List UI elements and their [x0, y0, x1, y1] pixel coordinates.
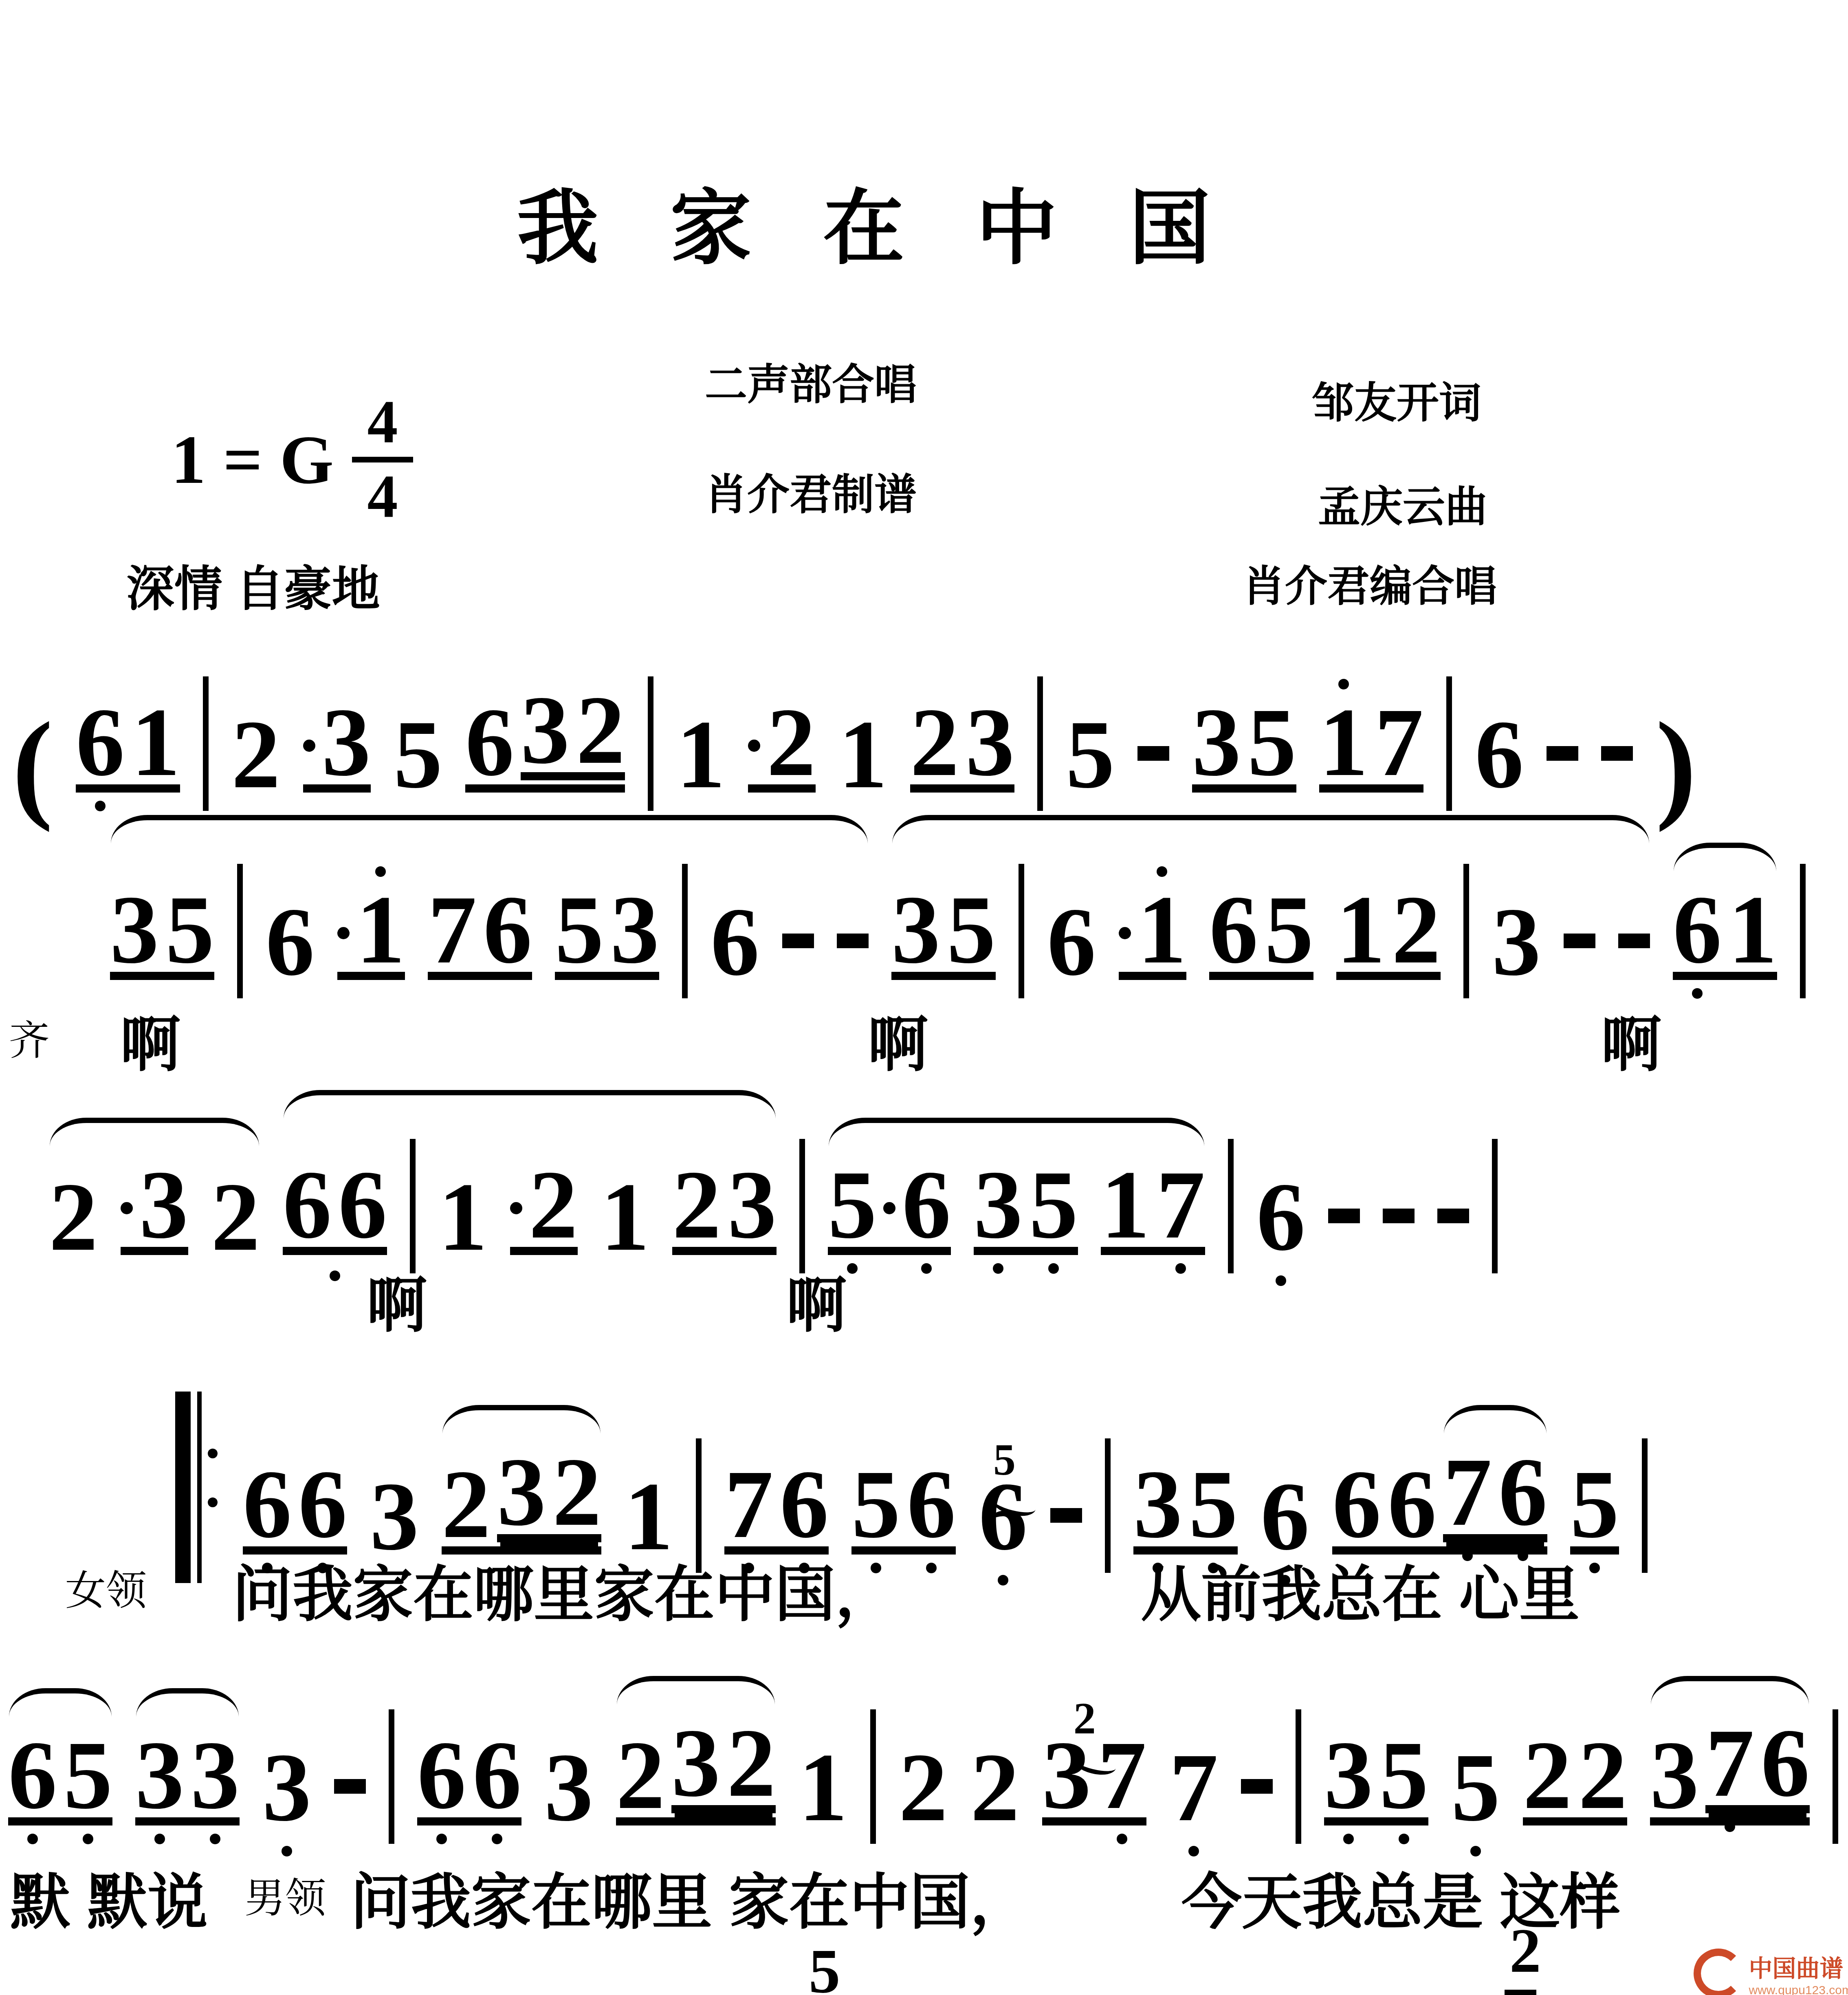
note-digit: 6: [1475, 716, 1524, 793]
beamed-note-group: 5: [1570, 1466, 1619, 1555]
beamed-note-group: 632: [465, 692, 625, 793]
note-digit: 1: [1336, 892, 1385, 968]
fragment-digit: 2: [1509, 1916, 1541, 1986]
arrangement-type: 二声部合唱: [705, 350, 917, 412]
lyric-row-vocalise-2: 啊啊: [0, 1257, 1848, 1347]
barline: [389, 1709, 394, 1844]
note-digit: 5: [555, 892, 604, 968]
note-digit: 5: [1379, 1737, 1428, 1813]
note-digit: 2: [727, 1725, 776, 1801]
note-digit: 6: [76, 704, 125, 780]
note-digit: 6: [266, 904, 315, 980]
note-digit: 1: [1101, 1167, 1150, 1243]
grace-note: 5: [993, 1393, 1038, 1513]
note-digit: 6: [283, 1167, 332, 1243]
note-digit: 6: [483, 892, 532, 968]
beamed-note-group: 17: [1101, 1167, 1205, 1255]
next-system-fragment-right: 2: [1509, 1925, 1541, 1995]
barline: [1492, 1139, 1498, 1273]
note-digit: 1: [438, 1179, 487, 1255]
lyric-text: 啊: [1601, 996, 1661, 1083]
note-digit: 2: [910, 704, 959, 780]
note-digit: 1: [624, 1478, 673, 1555]
duration-dash: [1137, 746, 1169, 761]
lyric-text: 啊: [120, 996, 180, 1083]
note-digit: 6: [298, 1466, 347, 1542]
fragment-underline: [1505, 1990, 1536, 1995]
parenthesis: (: [12, 727, 53, 803]
note-digit: 3: [262, 1749, 311, 1825]
note-digit: 3: [966, 704, 1014, 780]
music-system-verse-male: 65333663232122372735522376: [8, 1709, 1838, 1825]
note-digit: 3: [974, 1167, 1023, 1243]
duration-dash: [1547, 746, 1578, 761]
beamed-note-group: 3: [121, 1167, 188, 1255]
note-digit: 6: [1332, 1466, 1381, 1542]
lyric-text: 啊: [367, 1257, 427, 1343]
barline: [1463, 864, 1469, 998]
note-digit: 3: [610, 892, 659, 968]
duration-dash: [1437, 1209, 1469, 1223]
parenthesis: ): [1656, 727, 1696, 803]
barline: [1800, 864, 1806, 998]
note-digit: 7: [1705, 1725, 1754, 1801]
beamed-note-group: 56: [851, 1466, 956, 1555]
beamed-note-group: 61: [1673, 892, 1777, 980]
note-digit: 6: [417, 1737, 466, 1813]
fraction-bar: [352, 457, 413, 462]
barline: [1037, 676, 1043, 811]
barline: [799, 1139, 805, 1273]
barline: [1446, 676, 1452, 811]
music-system-verse-female: 663232176566535666765: [175, 1392, 1648, 1555]
lyric-row-verse-female: 女领问我家在哪里家在中国，从前我总在 心里: [0, 1546, 1848, 1636]
augmentation-dot: [748, 740, 760, 752]
note-digit: 6: [1209, 892, 1258, 968]
beamed-note-group: 76: [724, 1466, 829, 1555]
beamed-note-group: 2: [510, 1167, 578, 1255]
barline: [1228, 1139, 1234, 1273]
music-system-intro: (6123563212123535176): [12, 676, 1696, 793]
beamed-note-group: 76: [1443, 1454, 1547, 1542]
duration-dash: [782, 934, 814, 948]
note-digit: 1: [676, 716, 725, 793]
note-digit: 6: [711, 904, 759, 980]
note-digit: 5: [165, 892, 214, 968]
note-digit: 5: [947, 892, 996, 968]
lyric-text: 啊: [868, 996, 928, 1083]
note-digit: 2: [211, 1179, 260, 1255]
barline: [237, 864, 243, 998]
augmentation-dot: [510, 1202, 522, 1214]
note-digit: 5: [64, 1737, 112, 1813]
note-digit: 3: [1324, 1737, 1373, 1813]
key-label: 1 = G: [171, 420, 334, 500]
lyric-text: 从前我总在 心里: [1141, 1546, 1580, 1633]
note-digit: 1: [799, 1749, 847, 1825]
note-digit: 65: [979, 1478, 1027, 1555]
note-digit: 2: [442, 1466, 491, 1542]
slur-group: 356176536: [110, 864, 869, 980]
beamed-note-group: 33: [135, 1737, 240, 1825]
duration-dash: [837, 934, 869, 948]
note-digit: 2: [49, 1179, 98, 1255]
note-digit: 2: [529, 1167, 578, 1243]
next-system-fragment-left: 5: [809, 1946, 840, 1995]
augmentation-dot: [337, 927, 350, 939]
duration-dash: [1618, 934, 1650, 948]
duration-dash: [1328, 1209, 1360, 1223]
barline: [1019, 864, 1024, 998]
note-digit: 7: [1375, 704, 1423, 780]
note-digit: 2: [767, 704, 816, 780]
duration-dash: [1383, 1209, 1415, 1223]
voice-part-label: 男领: [244, 1865, 326, 1924]
lyric-text: 默 默说: [10, 1854, 208, 1940]
watermark-site-name: 中国曲谱: [1749, 1949, 1848, 1984]
beamed-note-group: 35: [110, 892, 214, 980]
note-digit: 3: [1133, 1466, 1182, 1542]
beamed-note-group: 53: [555, 892, 659, 980]
beamed-note-group: 32: [671, 1725, 776, 1813]
note-digit: 5: [851, 1466, 900, 1542]
beamed-note-group: 35: [891, 892, 996, 980]
time-signature: 4 4: [352, 391, 413, 528]
note-digit: 6: [1256, 1179, 1305, 1255]
voice-part-label: 齐: [9, 1008, 50, 1066]
grace-note: 2: [1074, 1651, 1118, 1772]
note-digit: 3: [110, 892, 159, 968]
note-digit: 2: [616, 1737, 665, 1813]
chorus-arranger-credit: 肖介君编合唱: [1243, 552, 1497, 613]
note-digit: 3: [497, 1454, 546, 1530]
note-digit: 3: [728, 1167, 777, 1243]
note-digit: 3: [191, 1737, 240, 1813]
beamed-note-group: 66: [283, 1167, 387, 1255]
note-digit: 6: [243, 1466, 292, 1542]
note-digit: 5: [394, 716, 442, 793]
lyricist-credit: 邹友开词: [1312, 369, 1481, 430]
note-digit: 3: [544, 1749, 593, 1825]
meter-numerator: 4: [367, 391, 398, 454]
note-digit: 7: [724, 1466, 773, 1542]
note-digit: 3: [322, 704, 371, 780]
note-digit: 1: [601, 1179, 649, 1255]
beamed-note-group: 66: [417, 1737, 521, 1825]
barline: [410, 1139, 416, 1273]
note-digit: 6: [1498, 1454, 1547, 1530]
duration-dash: [1241, 1779, 1273, 1794]
note-digit: 3: [891, 892, 940, 968]
lyric-text: 问我家在哪里 家在中国，: [350, 1854, 1030, 1940]
note-digit: 5: [1265, 892, 1313, 968]
note-digit: 5: [828, 1167, 877, 1243]
note-digit: 6: [8, 1737, 57, 1813]
slur-group: 356165123: [891, 864, 1650, 980]
song-title: 我 家 在 中 国: [0, 163, 1752, 280]
lyric-text: 今天我总是 这样: [1181, 1854, 1620, 1940]
note-digit: 2: [1578, 1737, 1627, 1813]
slur-group: 563517: [828, 1167, 1205, 1255]
beamed-note-group: 35: [1133, 1466, 1238, 1555]
note-digit: 2: [1523, 1737, 1572, 1813]
beamed-note-group: 22: [1523, 1737, 1627, 1825]
beamed-note-group: 17: [1319, 704, 1423, 793]
barline: [648, 676, 653, 811]
note-digit: 3: [135, 1737, 184, 1813]
note-digit: 3: [671, 1725, 720, 1801]
beamed-note-group: 76: [428, 892, 532, 980]
beamed-note-group: 61: [76, 704, 180, 793]
augmentation-dot: [883, 1202, 895, 1214]
beamed-note-group: 372: [1042, 1737, 1146, 1825]
duration-dash: [1564, 934, 1595, 948]
note-digit: 3: [139, 1167, 188, 1243]
note-digit: 6: [1047, 904, 1096, 980]
lyric-row-vocalise-1: 齐啊啊啊: [0, 996, 1848, 1086]
beamed-note-group: 35: [1324, 1737, 1428, 1825]
note-digit: 7: [428, 892, 477, 968]
beamed-note-group: 1: [337, 892, 405, 980]
note-digit: 5: [1066, 716, 1115, 793]
watermark-logo-icon: [1694, 1949, 1743, 1995]
note-digit: 2: [899, 1749, 948, 1825]
note-digit: 1: [1319, 704, 1368, 780]
repeat-dots: [208, 1449, 218, 1458]
barline: [1833, 1709, 1838, 1844]
note-digit: 1: [131, 704, 180, 780]
beamed-note-group: 32: [521, 692, 625, 780]
note-digit: 7: [1169, 1749, 1218, 1825]
beamed-note-group: 232: [616, 1725, 776, 1825]
note-digit: 3: [370, 1478, 419, 1555]
barline: [682, 864, 688, 998]
lyric-row-verse-male: 默 默说男领问我家在哪里 家在中国，今天我总是 这样: [0, 1854, 1848, 1944]
note-digit: 2: [231, 716, 280, 793]
note-digit: 6: [465, 704, 514, 780]
note-digit: 5: [1570, 1466, 1619, 1542]
music-system-vocalise-1: 35617653635616512361: [110, 864, 1806, 980]
beamed-note-group: 6676: [1332, 1454, 1547, 1555]
beamed-note-group: 32: [497, 1454, 601, 1542]
beamed-note-group: 232: [442, 1454, 601, 1555]
barline: [1296, 1709, 1301, 1844]
beamed-note-group: 65: [1209, 892, 1313, 980]
beamed-note-group: 23: [672, 1167, 777, 1255]
beamed-note-group: 35: [974, 1167, 1078, 1255]
duration-dash: [1601, 746, 1633, 761]
note-digit: 3: [521, 692, 570, 768]
beamed-note-group: 12: [1336, 892, 1441, 980]
composer-credit: 孟庆云曲: [1318, 473, 1487, 534]
beamed-note-group: 3: [303, 704, 371, 793]
note-digit: 3: [1650, 1737, 1699, 1813]
beamed-note-group: 66: [243, 1466, 347, 1555]
note-digit: 3: [1492, 904, 1541, 980]
barline: [870, 1709, 876, 1844]
note-digit: 6: [1388, 1466, 1437, 1542]
beamed-note-group: 1: [1119, 892, 1186, 980]
beamed-note-group: 76: [1705, 1725, 1810, 1813]
note-digit: 2: [576, 692, 625, 768]
lyric-text: 问我家在哪里家在中国，: [232, 1546, 895, 1633]
note-digit: 6: [338, 1167, 387, 1243]
music-system-vocalise-2: 23266121235635176: [49, 1139, 1498, 1255]
note-digit: 2: [970, 1749, 1019, 1825]
note-digit: 5: [1189, 1466, 1238, 1542]
note-digit: 6: [1261, 1478, 1309, 1555]
note-digit: 3: [1192, 704, 1241, 780]
watermark-text: 中国曲谱 www.qupu123.com: [1749, 1949, 1848, 1995]
note-digit: 1: [1137, 892, 1186, 968]
barline: [203, 676, 209, 811]
beamed-note-group: 56: [828, 1167, 951, 1255]
watermark: 中国曲谱 www.qupu123.com: [1694, 1949, 1848, 1995]
note-digit: 2: [552, 1454, 601, 1530]
sheet-music-page: 我 家 在 中 国 二声部合唱 肖介君制谱 1 = G 4 4 深情 自豪地 邹…: [0, 0, 1848, 1995]
key-signature: 1 = G 4 4: [171, 391, 413, 528]
note-digit: 6: [1761, 1725, 1810, 1801]
slur-group: 6612123: [283, 1139, 777, 1255]
note-digit: 5: [1029, 1167, 1078, 1243]
note-digit: 7: [1443, 1454, 1492, 1530]
beamed-note-group: 376: [1650, 1725, 1810, 1825]
watermark-site-url: www.qupu123.com: [1749, 1984, 1848, 1995]
note-digit: 6: [473, 1737, 521, 1813]
voice-part-label: 女领: [65, 1558, 147, 1616]
note-digit: 7: [1156, 1167, 1205, 1243]
augmentation-dot: [303, 740, 315, 752]
note-digit: 6: [907, 1466, 956, 1542]
note-digit: 1: [838, 716, 887, 793]
note-digit: 5: [1451, 1749, 1500, 1825]
lyric-text: 啊: [786, 1257, 847, 1343]
beamed-note-group: 2: [748, 704, 816, 793]
beamed-note-group: 65: [8, 1737, 112, 1825]
note-digit: 5: [1247, 704, 1296, 780]
beamed-note-group: 35: [1192, 704, 1296, 793]
duration-dash: [1050, 1508, 1082, 1523]
tempo-expression: 深情 自豪地: [126, 550, 380, 619]
augmentation-dot: [1119, 927, 1131, 939]
engraver-credit: 肖介君制谱: [705, 460, 917, 522]
note-digit: 6: [1673, 892, 1722, 968]
note-digit: 2: [1392, 892, 1441, 968]
beamed-note-group: 23: [910, 704, 1014, 793]
note-digit: 6: [780, 1466, 829, 1542]
augmentation-dot: [121, 1202, 133, 1214]
meter-denominator: 4: [367, 466, 398, 528]
note-digit: 6: [902, 1167, 951, 1243]
note-digit: 1: [1728, 892, 1777, 968]
slur-group: 232: [49, 1167, 260, 1255]
note-digit: 1: [356, 892, 405, 968]
duration-dash: [334, 1779, 366, 1794]
note-digit: 2: [672, 1167, 721, 1243]
